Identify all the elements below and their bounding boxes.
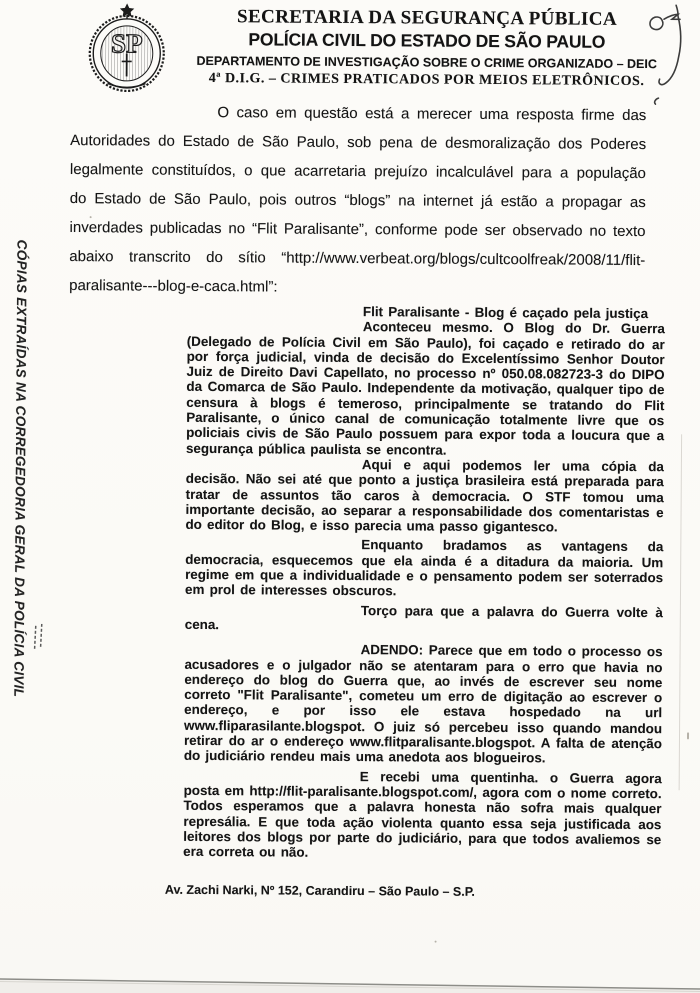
quote-paragraph: Torço para que a palavra do Guerra volte…: [185, 601, 663, 635]
blog-transcription-block: Flit Paralisante - Blog é caçado pela ju…: [183, 303, 665, 863]
letterhead: SECRETARIA DA SEGURANÇA PÚBLICA POLÍCIA …: [151, 6, 700, 91]
scan-page-edge: [0, 972, 700, 993]
scan-speck: [687, 732, 689, 739]
scan-artifact-line: [679, 434, 682, 790]
header-line-policia-civil: POLÍCIA CIVIL DO ESTADO DE SÃO PAULO: [151, 29, 700, 54]
handwritten-mark-07: [628, 2, 700, 115]
header-line-secretaria: SECRETARIA DA SEGURANÇA PÚBLICA: [151, 6, 700, 32]
seal-initials: SP: [111, 28, 143, 58]
page-content: SP SECRETARIA DA SEGURANÇA PÚBLICA POLÍC…: [0, 0, 700, 993]
header-line-dig: 4ª D.I.G. – CRIMES PRATICADOS POR MEIOS …: [151, 71, 700, 91]
quote-paragraph: Aqui e aqui podemos ler uma cópia da dec…: [185, 456, 664, 536]
margin-dash-marks: [31, 624, 47, 652]
footer-address: Av. Zachi Narki, Nº 152, Carandiru – São…: [165, 883, 475, 899]
margin-stamp-copias-extraidas: CÓPIAS EXTRAÍDAS NA CORREGEDORIA GERAL D…: [11, 240, 29, 698]
scan-speck: [90, 216, 92, 218]
header-line-departamento: DEPARTAMENTO DE INVESTIGAÇÃO SOBRE O CRI…: [151, 54, 700, 72]
quote-paragraph: Enquanto bradamos as vantagens da democr…: [185, 536, 663, 601]
seal-star-icon: [120, 3, 134, 17]
scan-speck: [435, 941, 437, 943]
quote-paragraph: E recebi uma quentinha. o Guerra agora p…: [183, 767, 662, 862]
scanned-document-page: SP SECRETARIA DA SEGURANÇA PÚBLICA POLÍC…: [0, 0, 700, 993]
quote-paragraph: ADENDO: Parece que em todo o processo os…: [184, 641, 663, 767]
quote-paragraph: Aconteceu mesmo. O Blog do Dr. Guerra (D…: [186, 318, 665, 459]
intro-paragraph: O caso em questão está a merecer uma res…: [69, 97, 646, 304]
